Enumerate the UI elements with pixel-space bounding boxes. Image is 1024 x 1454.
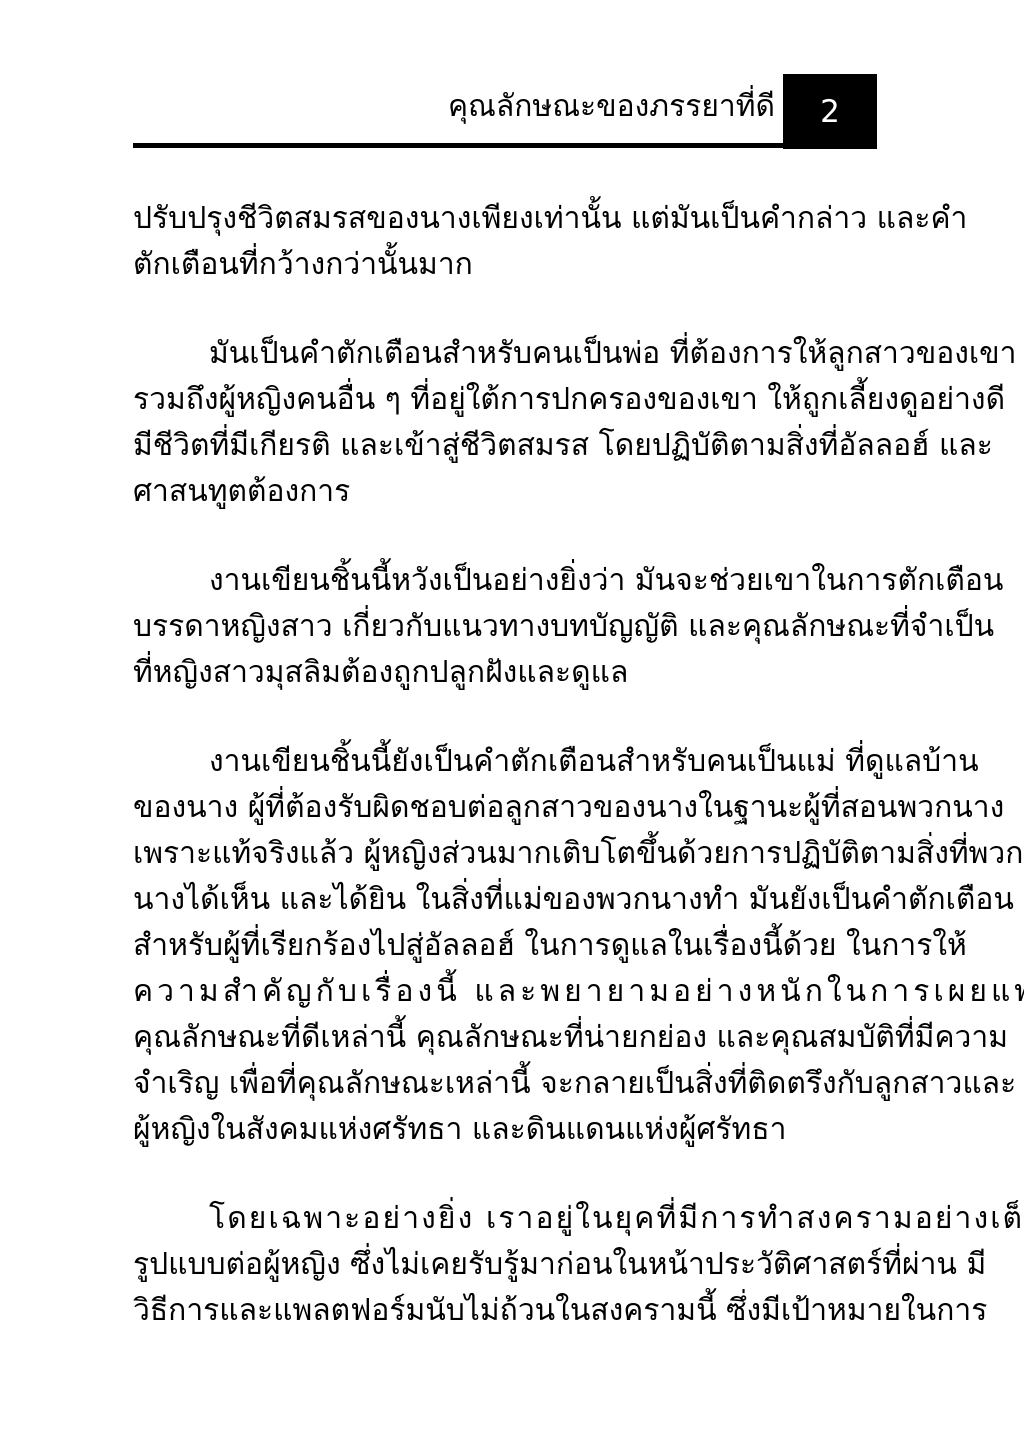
text-line: ความสำคัญกับเรื่องนี้ และพยายามอย่างหนัก… xyxy=(133,969,890,1015)
text-line: บรรดาหญิงสาว เกี่ยวกับแนวทางบทบัญญัติ แล… xyxy=(133,604,890,650)
paragraph: มันเป็นคำตักเตือนสำหรับคนเป็นพ่อ ที่ต้อง… xyxy=(133,331,890,515)
body-text: ปรับปรุงชีวิตสมรสของนางเพียงเท่านั้น แต่… xyxy=(133,196,890,1334)
text-line: งานเขียนชิ้นนี้หวังเป็นอย่างยิ่งว่า มันจ… xyxy=(133,558,890,604)
text-line: จำเริญ เพื่อที่คุณลักษณะเหล่านี้ จะกลายเ… xyxy=(133,1061,890,1107)
text-line: ศาสนทูตต้องการ xyxy=(133,469,890,515)
text-line: ตักเตือนที่กว้างกว่านั้นมาก xyxy=(133,242,890,288)
text-line: นางได้เห็น และได้ยิน ในสิ่งที่แม่ของพวกน… xyxy=(133,877,890,923)
document-page: คุณลักษณะของภรรยาที่ดี 2 ปรับปรุงชีวิตสม… xyxy=(0,0,1024,1454)
text-line: ปรับปรุงชีวิตสมรสของนางเพียงเท่านั้น แต่… xyxy=(133,196,890,242)
text-line: คุณลักษณะที่ดีเหล่านี้ คุณลักษณะที่น่ายก… xyxy=(133,1015,890,1061)
text-line: รูปแบบต่อผู้หญิง ซึ่งไม่เคยรับรู้มาก่อนใ… xyxy=(133,1242,890,1288)
text-line: ของนาง ผู้ที่ต้องรับผิดชอบต่อลูกสาวของนา… xyxy=(133,785,890,831)
text-line: รวมถึงผู้หญิงคนอื่น ๆ ที่อยู่ใต้การปกครอ… xyxy=(133,377,890,423)
text-line: ผู้หญิงในสังคมแห่งศรัทธา และดินแดนแห่งผู… xyxy=(133,1107,890,1153)
running-title: คุณลักษณะของภรรยาที่ดี xyxy=(448,88,775,126)
page-number-box: 2 xyxy=(783,74,877,149)
paragraph: ปรับปรุงชีวิตสมรสของนางเพียงเท่านั้น แต่… xyxy=(133,196,890,288)
text-line: มีชีวิตที่มีเกียรติ และเข้าสู่ชีวิตสมรส … xyxy=(133,423,890,469)
text-line: สำหรับผู้ที่เรียกร้องไปสู่อัลลอฮ์ ในการด… xyxy=(133,923,890,969)
paragraph: งานเขียนชิ้นนี้ยังเป็นคำตักเตือนสำหรับคน… xyxy=(133,739,890,1153)
text-line: วิธีการและแพลตฟอร์มนับไม่ถ้วนในสงครามนี้… xyxy=(133,1288,890,1334)
text-line: ที่หญิงสาวมุสลิมต้องถูกปลูกฝังและดูแล xyxy=(133,650,890,696)
paragraph: โดยเฉพาะอย่างยิ่ง เราอยู่ในยุคที่มีการทำ… xyxy=(133,1196,890,1334)
paragraph: งานเขียนชิ้นนี้หวังเป็นอย่างยิ่งว่า มันจ… xyxy=(133,558,890,696)
text-line: งานเขียนชิ้นนี้ยังเป็นคำตักเตือนสำหรับคน… xyxy=(133,739,890,785)
header-rule-divider xyxy=(133,143,783,148)
text-line: โดยเฉพาะอย่างยิ่ง เราอยู่ในยุคที่มีการทำ… xyxy=(133,1196,890,1242)
text-line: มันเป็นคำตักเตือนสำหรับคนเป็นพ่อ ที่ต้อง… xyxy=(133,331,890,377)
page-number: 2 xyxy=(820,94,840,130)
text-line: เพราะแท้จริงแล้ว ผู้หญิงส่วนมากเติบโตขึ้… xyxy=(133,831,890,877)
